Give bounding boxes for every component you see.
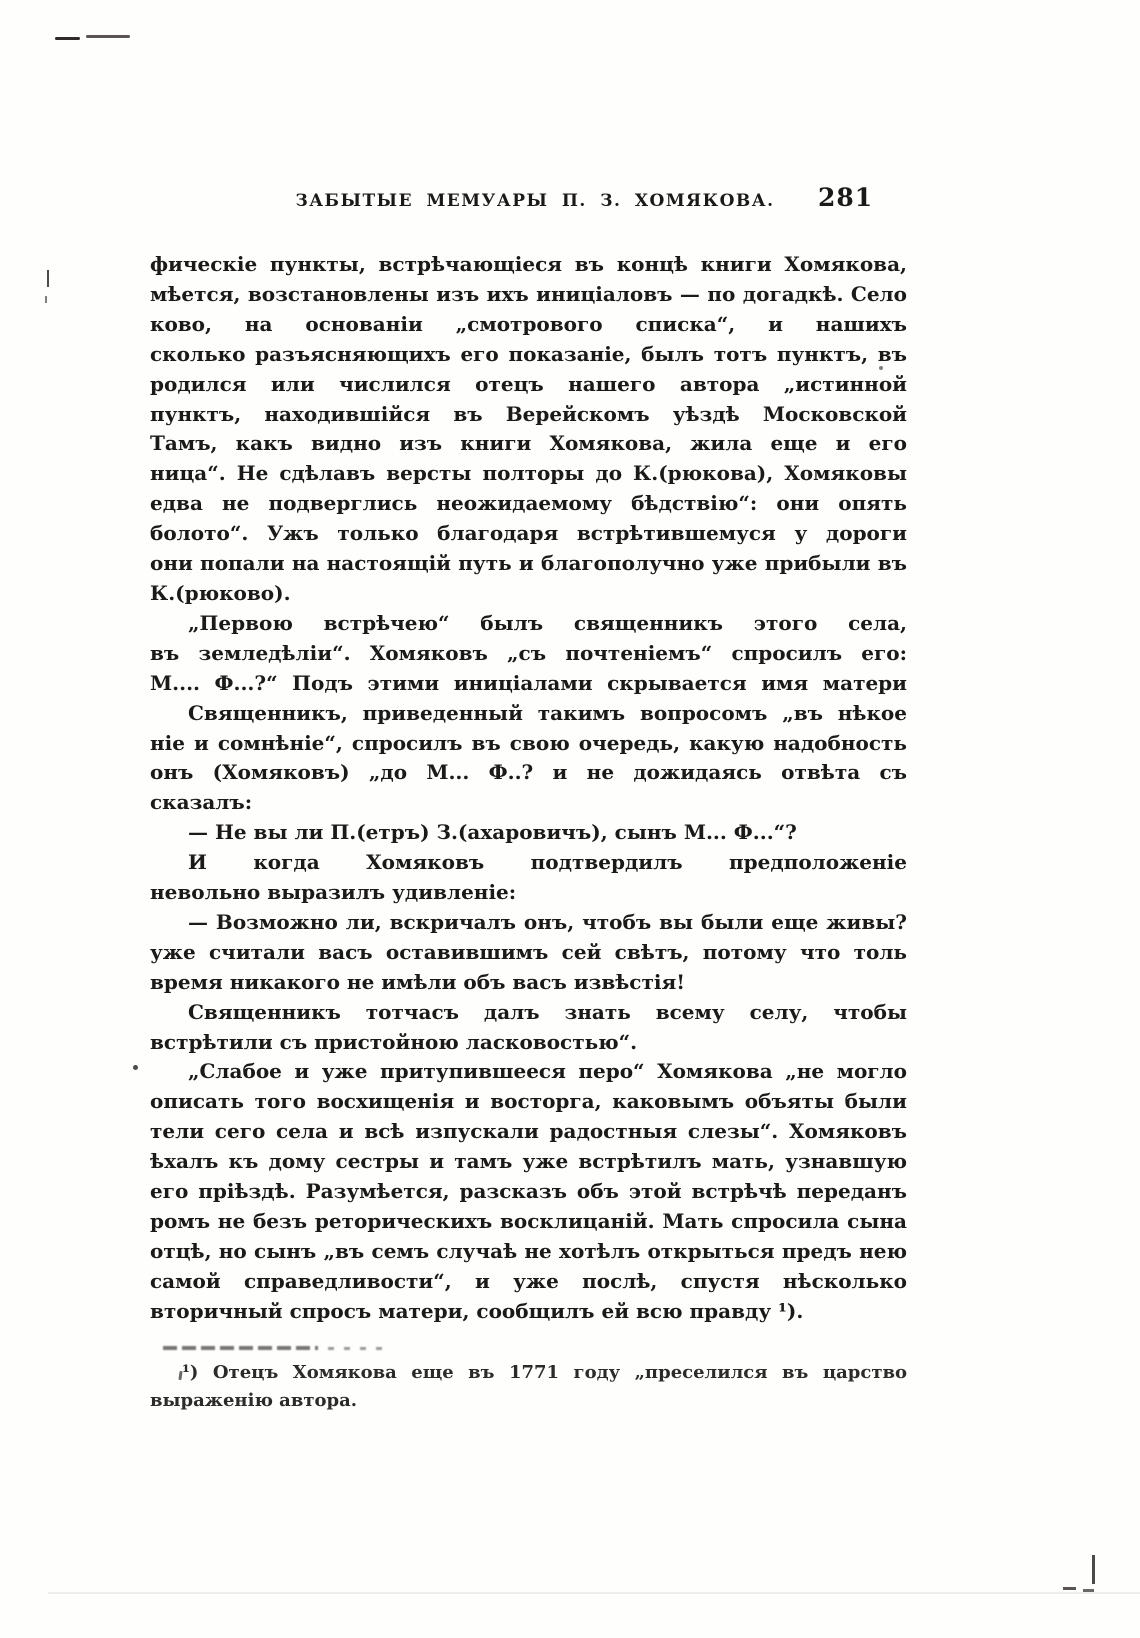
text-line: Священникъ тотчасъ далъ знать всему селу…	[150, 998, 907, 1028]
footnote-separator	[163, 1346, 318, 1350]
text-line: описать того восхищенія и восторга, како…	[150, 1087, 907, 1117]
scan-artifact-top-left-line	[86, 35, 130, 38]
text-line: ница“. Не сдѣлавъ версты полторы до К.(р…	[150, 459, 907, 489]
text-line: едва не подверглись неожидаемому бѣдстві…	[150, 489, 907, 519]
text-line: невольно выразилъ удивленіе:	[150, 878, 907, 908]
scan-artifact-left-dash	[45, 296, 47, 303]
scan-artifact-top-left-dash	[55, 37, 80, 40]
text-line: фическіе пункты, встрѣчающіеся въ концѣ …	[150, 250, 907, 280]
text-line: въ земледѣліи“. Хомяковъ „съ почтеніемъ“…	[150, 639, 907, 669]
text-line: „Первою встрѣчею“ былъ священникъ этого …	[150, 609, 907, 639]
scan-artifact-margin-dot	[133, 1065, 138, 1070]
text-line: тели сего села и всѣ изпускали радостныя…	[150, 1117, 907, 1147]
running-title: ЗАБЫТЫЕ МЕМУАРЫ П. З. ХОМЯКОВА.	[180, 191, 890, 211]
text-line: К.(рюково).	[150, 579, 907, 609]
text-line: болото“. Ужъ только благодаря встрѣтивше…	[150, 519, 907, 549]
book-page: ЗАБЫТЫЕ МЕМУАРЫ П. З. ХОМЯКОВА. 281 фиче…	[0, 0, 1140, 1638]
text-line: ромъ не безъ реторическихъ восклицаній. …	[150, 1207, 907, 1237]
text-line: самой справедливости“, и уже послѣ, спус…	[150, 1267, 907, 1297]
scan-artifact-bottom-right-line	[1092, 1555, 1095, 1584]
text-line: Священникъ, приведенный такимъ вопросомъ…	[150, 699, 907, 729]
page-number: 281	[818, 183, 873, 212]
text-line: Тамъ, какъ видно изъ книги Хомякова, жил…	[150, 429, 907, 459]
text-line: ніе и сомнѣніе“, спросилъ въ свою очеред…	[150, 729, 907, 759]
footnote-text: ¹) Отецъ Хомякова еще въ 1771 году „прес…	[150, 1359, 907, 1415]
text-line: И когда Хомяковъ подтвердилъ предположен…	[150, 848, 907, 878]
text-line: ково, на основаніи „смотрового списка“, …	[150, 310, 907, 340]
text-line: М.... Ф...?“ Подъ этими иниціалами скрыв…	[150, 669, 907, 699]
text-line: мѣется, возстановлены изъ ихъ иниціаловъ…	[150, 280, 907, 310]
text-line: сколько разъясняющихъ его показаніе, был…	[150, 340, 907, 370]
text-line: онъ (Хомяковъ) „до М... Ф..? и не дожида…	[150, 758, 907, 788]
body-text: фическіе пункты, встрѣчающіеся въ концѣ …	[150, 250, 907, 1327]
text-line: время никакого не имѣли объ васъ извѣсті…	[150, 968, 907, 998]
scan-artifact-page-edge	[48, 1592, 1140, 1594]
text-line: — Возможно ли, вскричалъ онъ, чтобъ вы б…	[150, 908, 907, 938]
text-line: выраженію автора.	[150, 1387, 907, 1415]
text-line: сказалъ:	[150, 788, 907, 818]
text-line: — Не вы ли П.(етръ) З.(ахаровичъ), сынъ …	[150, 818, 907, 848]
scan-artifact-bottom-right-dash	[1063, 1587, 1076, 1590]
text-line: пунктъ, находившійся въ Верейскомъ уѣздѣ…	[150, 400, 907, 430]
text-line: ѣхалъ къ дому сестры и тамъ уже встрѣтил…	[150, 1147, 907, 1177]
text-line: уже считали васъ оставившимъ сей свѣтъ, …	[150, 938, 907, 968]
text-line: встрѣтили съ пристойною ласковостью“.	[150, 1028, 907, 1058]
text-line: родился или числился отецъ нашего автора…	[150, 370, 907, 400]
scan-artifact-mid-dot	[879, 366, 883, 370]
footnote-separator-fragment	[328, 1347, 390, 1350]
text-line: ¹) Отецъ Хомякова еще въ 1771 году „прес…	[150, 1359, 907, 1387]
text-line: его пріѣздѣ. Разумѣется, разсказъ объ эт…	[150, 1177, 907, 1207]
text-line: „Слабое и уже притупившееся перо“ Хомяко…	[150, 1057, 907, 1087]
text-line: вторичный спросъ матери, сообщилъ ей всю…	[150, 1297, 907, 1327]
scan-artifact-left-tick	[47, 270, 49, 287]
text-line: отцѣ, но сынъ „въ семъ случаѣ не хотѣлъ …	[150, 1237, 907, 1267]
text-line: они попали на настоящій путь и благополу…	[150, 549, 907, 579]
